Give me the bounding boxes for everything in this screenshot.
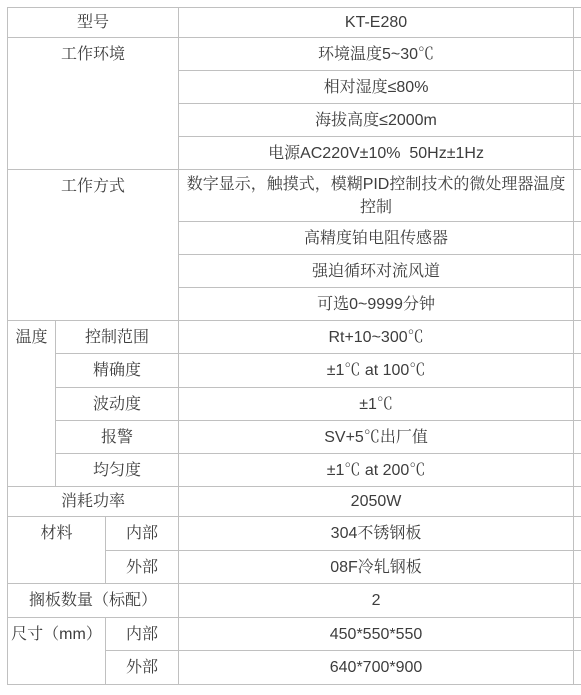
spacer-cell	[574, 517, 581, 551]
work-mode-value: 数字显示，触摸式，模糊PID控制技术的微处理器温度控制	[179, 170, 574, 222]
model-value: KT-E280	[179, 8, 574, 38]
table-row: 消耗功率 2050W	[8, 487, 581, 517]
spacer-cell	[574, 71, 581, 104]
table-row: 精确度 ±1℃ at 100℃	[8, 354, 581, 388]
temperature-row-value: SV+5℃出厂值	[179, 421, 574, 454]
table-row: 型号 KT-E280	[8, 8, 581, 38]
spacer-cell	[574, 584, 581, 618]
spacer-cell	[574, 255, 581, 288]
spacer-cell	[574, 388, 581, 421]
table-row: 温度 控制范围 Rt+10~300℃	[8, 321, 581, 354]
spacer-cell	[574, 104, 581, 137]
spacer-cell	[574, 454, 581, 487]
temperature-row-value: ±1℃	[179, 388, 574, 421]
temperature-row-value: ±1℃ at 200℃	[179, 454, 574, 487]
material-row-value: 08F冷轧钢板	[179, 551, 574, 584]
material-row-label: 外部	[106, 551, 179, 584]
material-row-label: 内部	[106, 517, 179, 551]
table-row: 材料 内部 304不锈钢板	[8, 517, 581, 551]
work-mode-value: 可选0~9999分钟	[179, 288, 574, 321]
spacer-cell	[574, 551, 581, 584]
shelves-label: 搁板数量（标配）	[8, 584, 179, 618]
spec-table: 型号 KT-E280 工作环境 环境温度5~30℃ 相对湿度≤80% 海拔高度≤…	[7, 7, 581, 685]
spacer-cell	[574, 222, 581, 255]
temperature-row-value: ±1℃ at 100℃	[179, 354, 574, 388]
temperature-row-label: 均匀度	[56, 454, 179, 487]
work-mode-value: 强迫循环对流风道	[179, 255, 574, 288]
temperature-row-label: 控制范围	[56, 321, 179, 354]
temperature-row-value: Rt+10~300℃	[179, 321, 574, 354]
spacer-cell	[574, 137, 581, 170]
dimensions-row-value: 450*550*550	[179, 618, 574, 651]
spacer-cell	[574, 170, 581, 222]
spacer-cell	[574, 651, 581, 685]
dimensions-row-label: 内部	[106, 618, 179, 651]
dimensions-row-label: 外部	[106, 651, 179, 685]
table-row: 均匀度 ±1℃ at 200℃	[8, 454, 581, 487]
power-value: 2050W	[179, 487, 574, 517]
table-row: 尺寸（mm） 内部 450*550*550	[8, 618, 581, 651]
work-env-value: 环境温度5~30℃	[179, 38, 574, 71]
spacer-cell	[574, 421, 581, 454]
work-mode-label: 工作方式	[8, 170, 179, 321]
table-row: 报警 SV+5℃出厂值	[8, 421, 581, 454]
shelves-value: 2	[179, 584, 574, 618]
spacer-cell	[574, 354, 581, 388]
spacer-cell	[574, 38, 581, 71]
spacer-cell	[574, 321, 581, 354]
temperature-row-label: 波动度	[56, 388, 179, 421]
table-row: 工作方式 数字显示，触摸式，模糊PID控制技术的微处理器温度控制	[8, 170, 581, 222]
model-label: 型号	[8, 8, 179, 38]
power-label: 消耗功率	[8, 487, 179, 517]
spacer-cell	[574, 487, 581, 517]
work-env-value: 相对湿度≤80%	[179, 71, 574, 104]
work-mode-value: 高精度铂电阻传感器	[179, 222, 574, 255]
work-env-value: 电源AC220V±10% 50Hz±1Hz	[179, 137, 574, 170]
work-env-value: 海拔高度≤2000m	[179, 104, 574, 137]
temperature-row-label: 报警	[56, 421, 179, 454]
material-label: 材料	[8, 517, 106, 584]
spacer-cell	[574, 288, 581, 321]
dimensions-label: 尺寸（mm）	[8, 618, 106, 685]
spacer-cell	[574, 618, 581, 651]
temperature-label: 温度	[8, 321, 56, 487]
material-row-value: 304不锈钢板	[179, 517, 574, 551]
spacer-cell	[574, 8, 581, 38]
table-row: 工作环境 环境温度5~30℃	[8, 38, 581, 71]
work-env-label: 工作环境	[8, 38, 179, 170]
table-row: 波动度 ±1℃	[8, 388, 581, 421]
table-row: 搁板数量（标配） 2	[8, 584, 581, 618]
dimensions-row-value: 640*700*900	[179, 651, 574, 685]
temperature-row-label: 精确度	[56, 354, 179, 388]
